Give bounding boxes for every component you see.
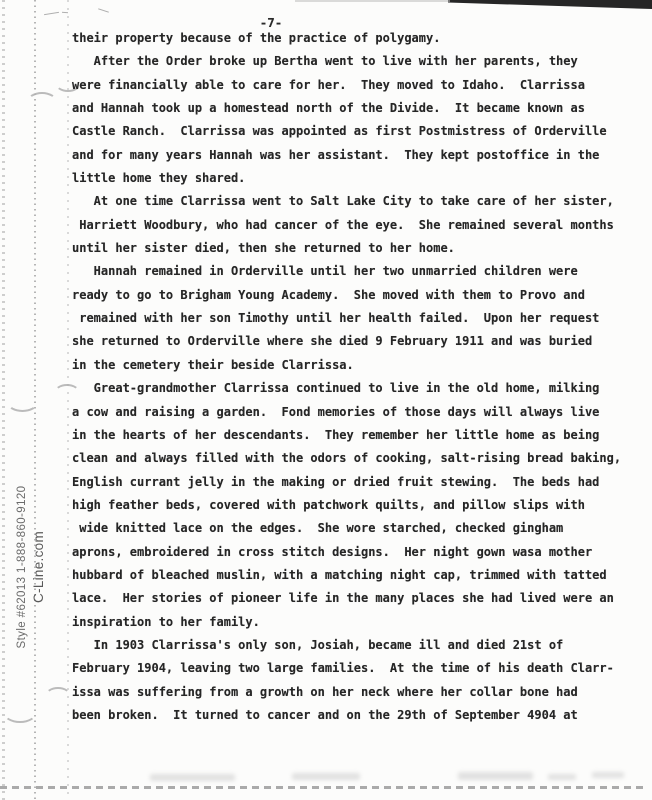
binder-hole-mark (3, 702, 37, 723)
typed-line: February 1904, leaving two large familie… (72, 657, 647, 680)
typed-line: in the cemetery their beside Clarrissa. (72, 354, 647, 377)
typed-line: their property because of the practice o… (72, 27, 647, 50)
pencil-mark (44, 12, 59, 15)
typed-line: in the hearts of her descendants. They r… (72, 424, 647, 447)
binder-hole-mark (45, 687, 71, 705)
typed-line: After the Order broke up Bertha went to … (72, 50, 647, 73)
typed-line: Harriett Woodbury, who had cancer of the… (72, 214, 647, 237)
typed-line: wide knitted lace on the edges. She wore… (72, 517, 647, 540)
typed-line: clean and always filled with the odors o… (72, 447, 647, 470)
bleedthrough-smudge (548, 774, 576, 780)
typed-line: inspiration to her family. (72, 611, 647, 634)
typed-line: In 1903 Clarrissa's only son, Josiah, be… (72, 634, 647, 657)
typed-line: ready to go to Brigham Young Academy. Sh… (72, 284, 647, 307)
typed-line: little home they shared. (72, 167, 647, 190)
typed-line: and for many years Hannah was her assist… (72, 144, 647, 167)
sleeve-bottom-edge (0, 786, 646, 789)
typed-line: until her sister died, then she returned… (72, 237, 647, 260)
bleedthrough-smudge (150, 774, 235, 781)
typed-line: hubbard of bleached muslin, with a match… (72, 564, 647, 587)
typed-line: Hannah remained in Orderville until her … (72, 260, 647, 283)
typed-line: been broken. It turned to cancer and on … (72, 704, 647, 727)
typed-line: At one time Clarrissa went to Salt Lake … (72, 190, 647, 213)
binder-hole-mark (7, 393, 38, 412)
bleedthrough-smudge (592, 772, 624, 778)
sleeve-brand-name: C-Line.com (30, 531, 47, 603)
typed-line: English currant jelly in the making or d… (72, 471, 647, 494)
scan-edge-artifact (448, 0, 652, 9)
pencil-mark (98, 8, 109, 12)
scanned-document-page: Style #62013 1-888-860-9120 C-Line.com -… (0, 0, 652, 800)
typed-line: Castle Ranch. Clarrissa was appointed as… (72, 120, 647, 143)
binder-edge-marks (2, 0, 5, 800)
pencil-mark (62, 12, 68, 13)
scan-edge-shadow (295, 0, 450, 2)
binder-hole-mark (27, 92, 57, 111)
typed-line: remained with her son Timothy until her … (72, 307, 647, 330)
bleedthrough-smudge (458, 772, 533, 780)
typed-line: issa was suffering from a growth on her … (72, 681, 647, 704)
sleeve-style-number: Style #62013 1-888-860-9120 (15, 486, 30, 649)
bleedthrough-smudge (292, 773, 360, 780)
typed-line: lace. Her stories of pioneer life in the… (72, 587, 647, 610)
typed-line: high feather beds, covered with patchwor… (72, 494, 647, 517)
typed-text-body: their property because of the practice o… (72, 27, 647, 727)
typed-line: she returned to Orderville where she die… (72, 330, 647, 353)
typed-line: a cow and raising a garden. Fond memorie… (72, 401, 647, 424)
typed-line: were financially able to care for her. T… (72, 74, 647, 97)
typed-line: Great-grandmother Clarrissa continued to… (72, 377, 647, 400)
typed-line: aprons, embroidered in cross stitch desi… (72, 541, 647, 564)
typed-line: and Hannah took up a homestead north of … (72, 97, 647, 120)
sleeve-brand-text: Style #62013 1-888-860-9120 C-Line.com (13, 467, 49, 667)
